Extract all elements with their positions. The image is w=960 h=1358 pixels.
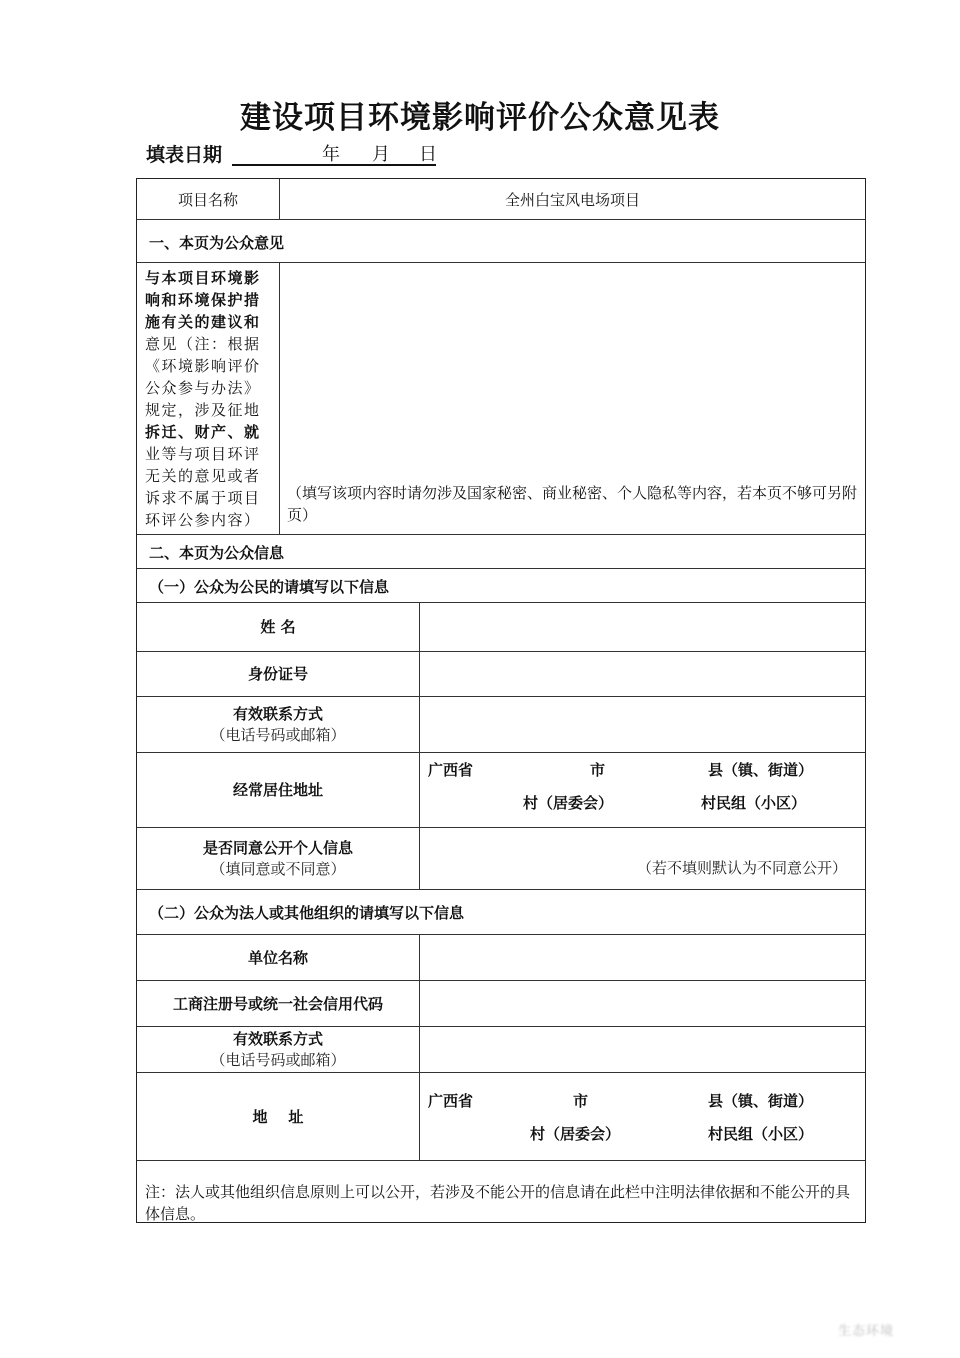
note-line: 响和环境保护措 — [145, 289, 271, 311]
note-line: 《环境影响评价 — [145, 355, 271, 377]
opinion-label-note: 与本项目环境影 响和环境保护措 施有关的建议和 意见（注：根据 《环境影响评价 … — [145, 267, 271, 531]
watermark: 生态环境 — [838, 1320, 894, 1339]
section2-heading: 二、本页为公众信息 — [149, 542, 284, 563]
form-title: 建设项目环境影响评价公众意见表 — [0, 92, 960, 137]
address-city: 市 — [573, 1090, 588, 1111]
note-line: 意见（注：根据 — [145, 333, 271, 355]
citizen-address-input[interactable]: 广西省 市 县（镇、街道） 村（居委会） 村民组（小区） — [420, 752, 865, 827]
opinion-form: 项目名称 全州白宝风电场项目 一、本页为公众意见 与本项目环境影 响和环境保护措… — [136, 178, 866, 1223]
citizen-id-input[interactable] — [420, 651, 865, 696]
address-province: 广西省 — [428, 759, 473, 780]
address-village: 村（居委会） — [523, 792, 613, 813]
note-line: 拆迁、财产、就 — [145, 421, 271, 443]
fill-date-row: 填表日期 年 月 日 — [146, 140, 222, 167]
note-line: 公众参与办法》 — [145, 377, 271, 399]
address-county: 县（镇、街道） — [708, 759, 813, 780]
citizen-contact-sub: （电话号码或邮箱） — [210, 724, 345, 745]
note-line: 诉求不属于项目 — [145, 487, 271, 509]
section1-heading: 一、本页为公众意见 — [149, 232, 284, 253]
consent-label: 是否同意公开个人信息 — [203, 837, 353, 858]
month-label: 月 — [372, 140, 390, 166]
divider — [137, 534, 865, 535]
address-group: 村民组（小区） — [701, 792, 806, 813]
note-line: 无关的意见或者 — [145, 465, 271, 487]
address-group: 村民组（小区） — [708, 1123, 813, 1144]
citizen-name-input[interactable] — [420, 602, 865, 651]
note-line: 与本项目环境影 — [145, 267, 271, 289]
divider — [137, 1160, 865, 1161]
year-label: 年 — [322, 140, 340, 166]
opinion-hint: （填写该项内容时请勿涉及国家秘密、商业秘密、个人隐私等内容，若本页不够可另附页） — [287, 482, 862, 526]
org-address-input[interactable]: 广西省 市 县（镇、街道） 村（居委会） 村民组（小区） — [420, 1072, 865, 1160]
address-village: 村（居委会） — [530, 1123, 620, 1144]
address-province: 广西省 — [428, 1090, 473, 1111]
consent-input[interactable]: （若不填则默认为不同意公开） — [420, 827, 865, 889]
divider — [137, 568, 865, 569]
org-heading: （二）公众为法人或其他组织的请填写以下信息 — [149, 902, 464, 923]
citizen-contact-label: 有效联系方式 — [233, 703, 323, 724]
org-disclosure-note: 注：法人或其他组织信息原则上可以公开，若涉及不能公开的信息请在此栏中注明法律依据… — [145, 1181, 860, 1225]
note-line: 环评公参内容） — [145, 509, 271, 531]
org-contact-input[interactable] — [420, 1026, 865, 1072]
note-line: 业等与项目环评 — [145, 443, 271, 465]
org-unit-label: 单位名称 — [137, 934, 419, 980]
note-line: 施有关的建议和 — [145, 311, 271, 333]
citizen-heading: （一）公众为公民的请填写以下信息 — [149, 576, 389, 597]
address-county: 县（镇、街道） — [708, 1090, 813, 1111]
org-contact-label: 有效联系方式 — [233, 1028, 323, 1049]
divider — [137, 889, 865, 890]
consent-label-cell: 是否同意公开个人信息 （填同意或不同意） — [137, 827, 419, 889]
org-unit-input[interactable] — [420, 934, 865, 980]
day-label: 日 — [419, 140, 437, 166]
org-contact-label-cell: 有效联系方式 （电话号码或邮箱） — [137, 1026, 419, 1072]
project-name-label: 项目名称 — [137, 179, 279, 219]
fill-date-label: 填表日期 — [146, 140, 222, 167]
citizen-contact-input[interactable] — [420, 696, 865, 752]
consent-hint: （若不填则默认为不同意公开） — [637, 857, 847, 878]
note-line: 规定，涉及征地 — [145, 399, 271, 421]
consent-sub: （填同意或不同意） — [210, 858, 345, 879]
citizen-contact-label-cell: 有效联系方式 （电话号码或邮箱） — [137, 696, 419, 752]
org-reg-label: 工商注册号或统一社会信用代码 — [137, 980, 419, 1026]
citizen-address-label: 经常居住地址 — [137, 752, 419, 827]
citizen-id-label: 身份证号 — [137, 651, 419, 696]
org-contact-sub: （电话号码或邮箱） — [210, 1049, 345, 1070]
opinion-input[interactable] — [280, 263, 865, 483]
org-address-label: 地 址 — [137, 1072, 419, 1160]
org-reg-input[interactable] — [420, 980, 865, 1026]
project-name-value: 全州白宝风电场项目 — [280, 179, 865, 219]
address-city: 市 — [590, 759, 605, 780]
citizen-name-label: 姓 名 — [137, 602, 419, 651]
divider — [137, 219, 865, 220]
fill-date-field[interactable]: 年 月 日 — [232, 140, 436, 166]
